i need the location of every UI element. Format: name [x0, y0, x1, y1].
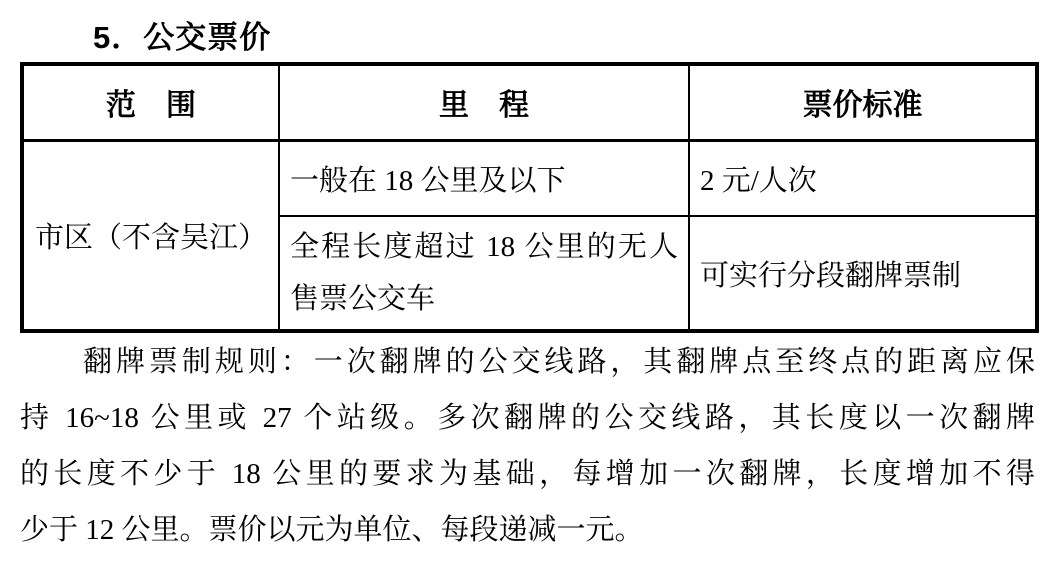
cell-mileage-under-18km: 一般在 18 公里及以下 [279, 140, 689, 216]
header-cell-mileage: 里 程 [279, 64, 689, 140]
paragraph-line: 翻牌票制规则：一次翻牌的公交线路，其翻牌点至终点的距离应保 [20, 334, 1035, 390]
document-page: 5．公交票价 范 围 里 程 票价标准 市区（不含吴江） 一般在 18 公里及以… [0, 0, 1054, 561]
table-header-row: 范 围 里 程 票价标准 [22, 64, 1037, 140]
fare-table: 范 围 里 程 票价标准 市区（不含吴江） 一般在 18 公里及以下 2 元/人… [20, 62, 1039, 333]
header-cell-fare-standard: 票价标准 [689, 64, 1037, 140]
paragraph-line: 持 16~18 公里或 27 个站级。多次翻牌的公交线路，其长度以一次翻牌 [20, 390, 1035, 446]
paragraph-line: 的长度不少于 18 公里的要求为基础，每增加一次翻牌，长度增加不得 [20, 446, 1035, 502]
section-title: 5．公交票价 [93, 12, 271, 57]
cell-mileage-over-18km: 全程长度超过 18 公里的无人售票公交车 [279, 216, 689, 331]
flip-card-rules-paragraph: 翻牌票制规则：一次翻牌的公交线路，其翻牌点至终点的距离应保 持 16~18 公里… [20, 334, 1035, 558]
cell-fare-2-yuan: 2 元/人次 [689, 140, 1037, 216]
cell-fare-segmented-flip-card: 可实行分段翻牌票制 [689, 216, 1037, 331]
header-cell-scope: 范 围 [22, 64, 279, 140]
paragraph-line: 少于 12 公里。票价以元为单位、每段递减一元。 [20, 502, 1035, 558]
table-row: 市区（不含吴江） 一般在 18 公里及以下 2 元/人次 [22, 140, 1037, 216]
cell-scope-urban-area: 市区（不含吴江） [22, 140, 279, 331]
